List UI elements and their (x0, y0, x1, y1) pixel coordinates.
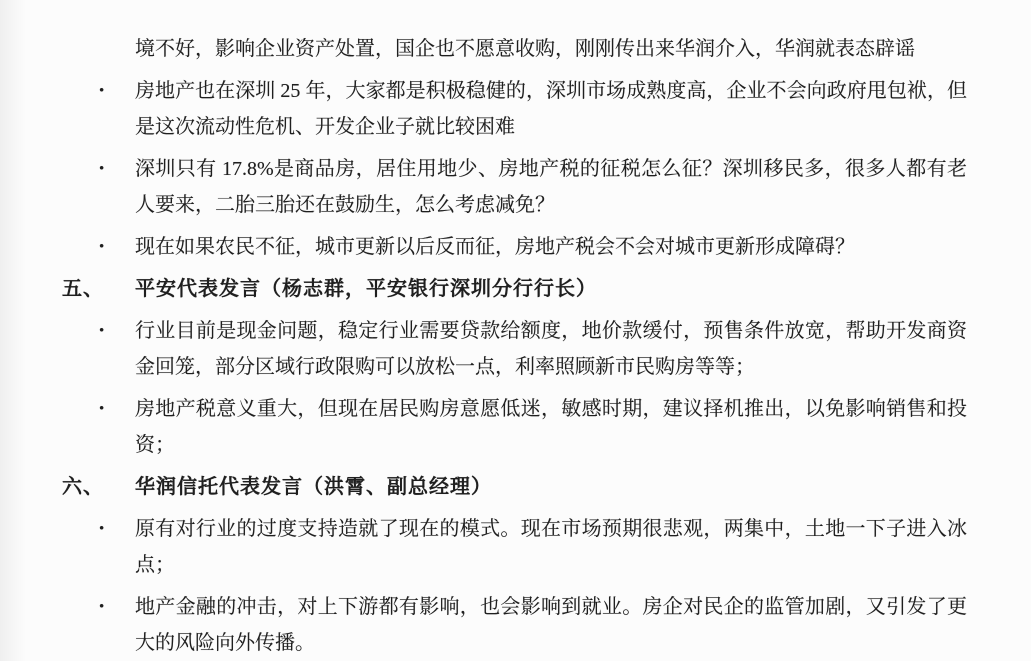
bullet-icon: • (62, 589, 135, 661)
bullet-text: 房地产也在深圳 25 年，大家都是积极稳健的，深圳市场成熟度高，企业不会向政府甩… (135, 73, 967, 145)
section-number: 五、 (62, 271, 135, 307)
list-item: • 地产金融的冲击，对上下游都有影响，也会影响到就业。房企对民企的监管加剧，又引… (62, 589, 967, 661)
section-title: 华润信托代表发言（洪霄、副总经理） (135, 469, 967, 505)
list-item: • 原有对行业的过度支持造就了现在的模式。现在市场预期很悲观，两集中，土地一下子… (62, 511, 967, 583)
section-title: 平安代表发言（杨志群，平安银行深圳分行行长） (135, 271, 967, 307)
list-item: • 行业目前是现金问题，稳定行业需要贷款给额度，地价款缓付，预售条件放宽，帮助开… (62, 313, 967, 385)
bullet-icon: • (62, 151, 135, 223)
bullet-text: 现在如果农民不征，城市更新以后反而征，房地产税会不会对城市更新形成障碍？ (135, 229, 967, 265)
list-item: • 深圳只有 17.8%是商品房，居住用地少、房地产税的征税怎么征？深圳移民多，… (62, 151, 967, 223)
section-heading-6: 六、 华润信托代表发言（洪霄、副总经理） (62, 469, 967, 505)
list-item: • 房地产税意义重大，但现在居民购房意愿低迷，敏感时期，建议择机推出，以免影响销… (62, 391, 967, 463)
section-number: 六、 (62, 469, 135, 505)
bullet-icon: • (62, 391, 135, 463)
paragraph-continuation: 境不好，影响企业资产处置，国企也不愿意收购，刚刚传出来华润介入，华润就表态辟谣 (135, 31, 967, 67)
bullet-icon: • (62, 229, 135, 265)
bullet-icon: • (62, 511, 135, 583)
bullet-text: 深圳只有 17.8%是商品房，居住用地少、房地产税的征税怎么征？深圳移民多，很多… (135, 151, 967, 223)
bullet-icon: • (62, 73, 135, 145)
list-item: • 现在如果农民不征，城市更新以后反而征，房地产税会不会对城市更新形成障碍？ (62, 229, 967, 265)
section-heading-5: 五、 平安代表发言（杨志群，平安银行深圳分行行长） (62, 271, 967, 307)
bullet-text: 房地产税意义重大，但现在居民购房意愿低迷，敏感时期，建议择机推出，以免影响销售和… (135, 391, 967, 463)
list-item: • 房地产也在深圳 25 年，大家都是积极稳健的，深圳市场成熟度高，企业不会向政… (62, 73, 967, 145)
bullet-text: 行业目前是现金问题，稳定行业需要贷款给额度，地价款缓付，预售条件放宽，帮助开发商… (135, 313, 967, 385)
document-page: 境不好，影响企业资产处置，国企也不愿意收购，刚刚传出来华润介入，华润就表态辟谣 … (0, 0, 1031, 661)
bullet-text: 原有对行业的过度支持造就了现在的模式。现在市场预期很悲观，两集中，土地一下子进入… (135, 511, 967, 583)
bullet-icon: • (62, 313, 135, 385)
bullet-text: 地产金融的冲击，对上下游都有影响，也会影响到就业。房企对民企的监管加剧，又引发了… (135, 589, 967, 661)
